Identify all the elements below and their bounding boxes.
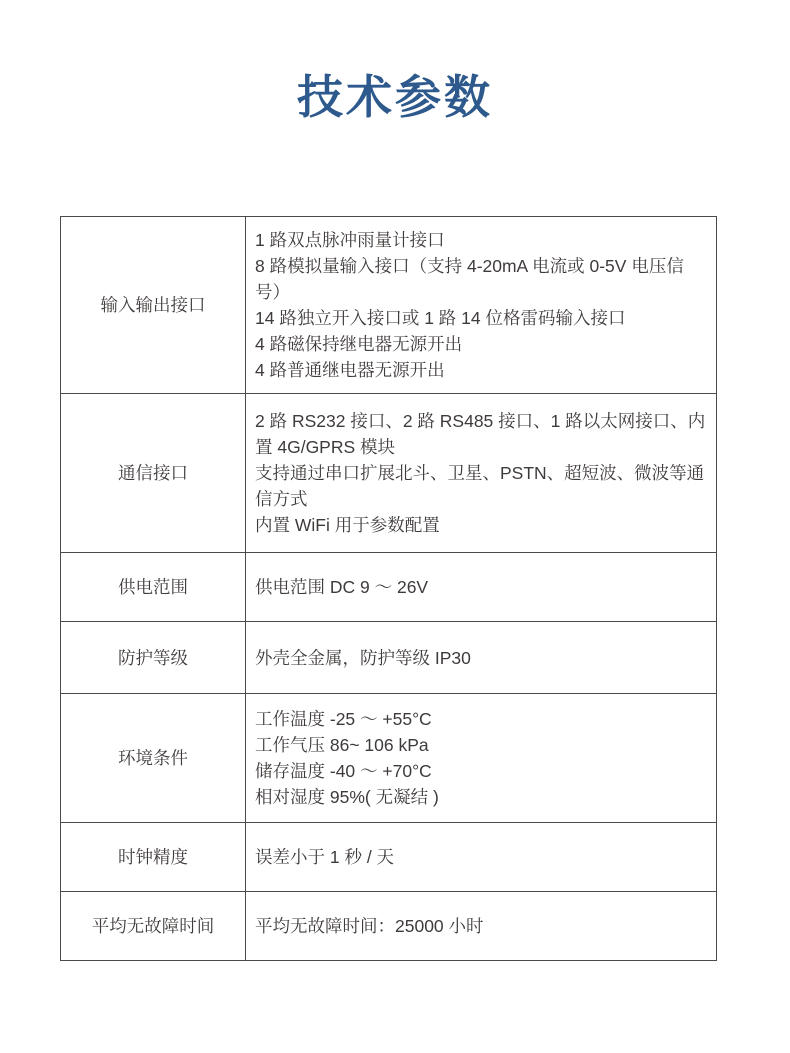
spec-table-body: 输入输出接口 1 路双点脉冲雨量计接口 8 路模拟量输入接口（支持 4-20mA… xyxy=(61,217,717,961)
row-label: 环境条件 xyxy=(61,694,246,823)
page-title: 技术参数 xyxy=(0,70,790,125)
spec-table: 输入输出接口 1 路双点脉冲雨量计接口 8 路模拟量输入接口（支持 4-20mA… xyxy=(60,216,717,961)
table-row-clock-accuracy: 时钟精度 误差小于 1 秒 / 天 xyxy=(61,823,717,892)
spec-line: 储存温度 -40 ～ +70°C xyxy=(255,758,710,784)
table-row-mtbf: 平均无故障时间 平均无故障时间：25000 小时 xyxy=(61,892,717,961)
spec-line: 工作温度 -25 ～ +55°C xyxy=(255,706,710,732)
row-label: 供电范围 xyxy=(61,553,246,622)
row-label: 平均无故障时间 xyxy=(61,892,246,961)
row-content: 工作温度 -25 ～ +55°C 工作气压 86~ 106 kPa 储存温度 -… xyxy=(246,694,717,823)
spec-line: 工作气压 86~ 106 kPa xyxy=(255,732,710,758)
table-row-power-range: 供电范围 供电范围 DC 9 ～ 26V xyxy=(61,553,717,622)
table-row-io-interfaces: 输入输出接口 1 路双点脉冲雨量计接口 8 路模拟量输入接口（支持 4-20mA… xyxy=(61,217,717,394)
table-row-protection-level: 防护等级 外壳全金属，防护等级 IP30 xyxy=(61,622,717,694)
row-label: 通信接口 xyxy=(61,394,246,553)
spec-line: 平均无故障时间：25000 小时 xyxy=(255,913,710,939)
spec-line: 14 路独立开入接口或 1 路 14 位格雷码输入接口 xyxy=(255,305,710,331)
row-content: 供电范围 DC 9 ～ 26V xyxy=(246,553,717,622)
row-content: 1 路双点脉冲雨量计接口 8 路模拟量输入接口（支持 4-20mA 电流或 0-… xyxy=(246,217,717,394)
row-label: 时钟精度 xyxy=(61,823,246,892)
row-label: 输入输出接口 xyxy=(61,217,246,394)
spec-line: 8 路模拟量输入接口（支持 4-20mA 电流或 0-5V 电压信号） xyxy=(255,253,710,305)
spec-line: 内置 WiFi 用于参数配置 xyxy=(255,512,710,538)
row-content: 外壳全金属，防护等级 IP30 xyxy=(246,622,717,694)
spec-line: 2 路 RS232 接口、2 路 RS485 接口、1 路以太网接口、内置 4G… xyxy=(255,408,710,460)
spec-line: 误差小于 1 秒 / 天 xyxy=(255,844,710,870)
spec-line: 支持通过串口扩展北斗、卫星、PSTN、超短波、微波等通信方式 xyxy=(255,460,710,512)
spec-line: 1 路双点脉冲雨量计接口 xyxy=(255,227,710,253)
spec-line: 4 路磁保持继电器无源开出 xyxy=(255,331,710,357)
spec-line: 供电范围 DC 9 ～ 26V xyxy=(255,574,710,600)
spec-line: 4 路普通继电器无源开出 xyxy=(255,357,710,383)
row-content: 平均无故障时间：25000 小时 xyxy=(246,892,717,961)
row-content: 误差小于 1 秒 / 天 xyxy=(246,823,717,892)
row-content: 2 路 RS232 接口、2 路 RS485 接口、1 路以太网接口、内置 4G… xyxy=(246,394,717,553)
table-row-environment: 环境条件 工作温度 -25 ～ +55°C 工作气压 86~ 106 kPa 储… xyxy=(61,694,717,823)
row-label: 防护等级 xyxy=(61,622,246,694)
spec-line: 相对湿度 95%( 无凝结 ) xyxy=(255,784,710,810)
table-row-communication: 通信接口 2 路 RS232 接口、2 路 RS485 接口、1 路以太网接口、… xyxy=(61,394,717,553)
spec-line: 外壳全金属，防护等级 IP30 xyxy=(255,645,710,671)
